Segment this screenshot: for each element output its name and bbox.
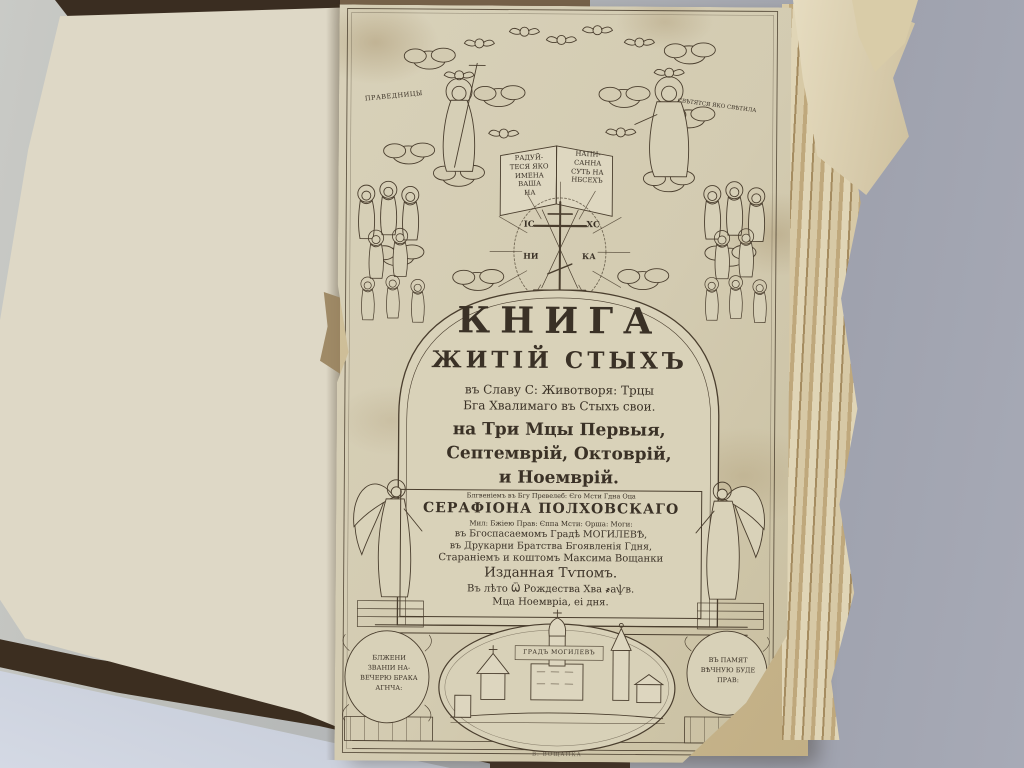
city-vignette	[438, 609, 675, 753]
title-page: ПРАВЕДНИЦЫ СВѢТЯТСЯ ЯКО СВѢТИЛА РАДУЙ- Т…	[334, 4, 791, 763]
open-book-text-right: НАПИ- САННА СУТЬ НА НБСЕХЪ	[561, 149, 614, 186]
emblem-ka: КА	[572, 252, 606, 262]
imprint-date: Мца Ноемвріа, еі дня.	[400, 596, 700, 610]
months-line-3: и Ноемврій.	[346, 466, 771, 489]
emblem-xc: ХС	[574, 220, 612, 230]
subtitle: ЖИТІЙ СТЫХЪ	[347, 345, 772, 376]
emblem-ni: НИ	[514, 252, 548, 262]
cherub-heads	[444, 25, 685, 140]
cartouche-right-text: ВЪ ПАМЯТ ВѢЧНУЮ БУДЕ ПРАВ:	[687, 655, 769, 686]
christ-figure	[443, 63, 485, 171]
imprint-issued: Изданная Тѵпомъ.	[401, 564, 701, 582]
emblem-ic: ІС	[510, 220, 548, 230]
open-book-text-left: РАДУЙ- ТЕСЯ ЯКО ИМЕНА ВАША НА	[503, 153, 556, 199]
imprint-bishop-name: СЕРАФІОНА ПОЛХОВСКАГО	[401, 500, 701, 519]
cartouche-left-text: БЛЖЕНИ ЗВАНІИ НА- ВЕЧЕРЮ БРАКА АГНЧА:	[347, 652, 431, 693]
photo-of-antique-book: ПРАВЕДНИЦЫ СВѢТЯТСЯ ЯКО СВѢТИЛА РАДУЙ- Т…	[0, 0, 1024, 768]
imprint-panel: Блгвеніемъ въ Бгу Превелеб: Єго Мсти Гдн…	[399, 489, 702, 619]
dedication-line-1: въ Славу С: Животворя: Трцы	[347, 381, 772, 398]
imprint-year: Въ лѣто Ѿ Рождества Хва ҂аѱв.	[401, 583, 701, 597]
main-title: КНИГА	[347, 298, 772, 344]
vignette-label: ГРАДЪ МОГИЛЕВЪ	[494, 649, 624, 657]
months-line-1: на Три Мцы Первыя,	[347, 418, 772, 441]
dedication-line-2: Бга Хвалимаго въ Стыхъ свои.	[347, 397, 772, 414]
months-line-2: Септемврій, Октоврій,	[346, 442, 771, 465]
